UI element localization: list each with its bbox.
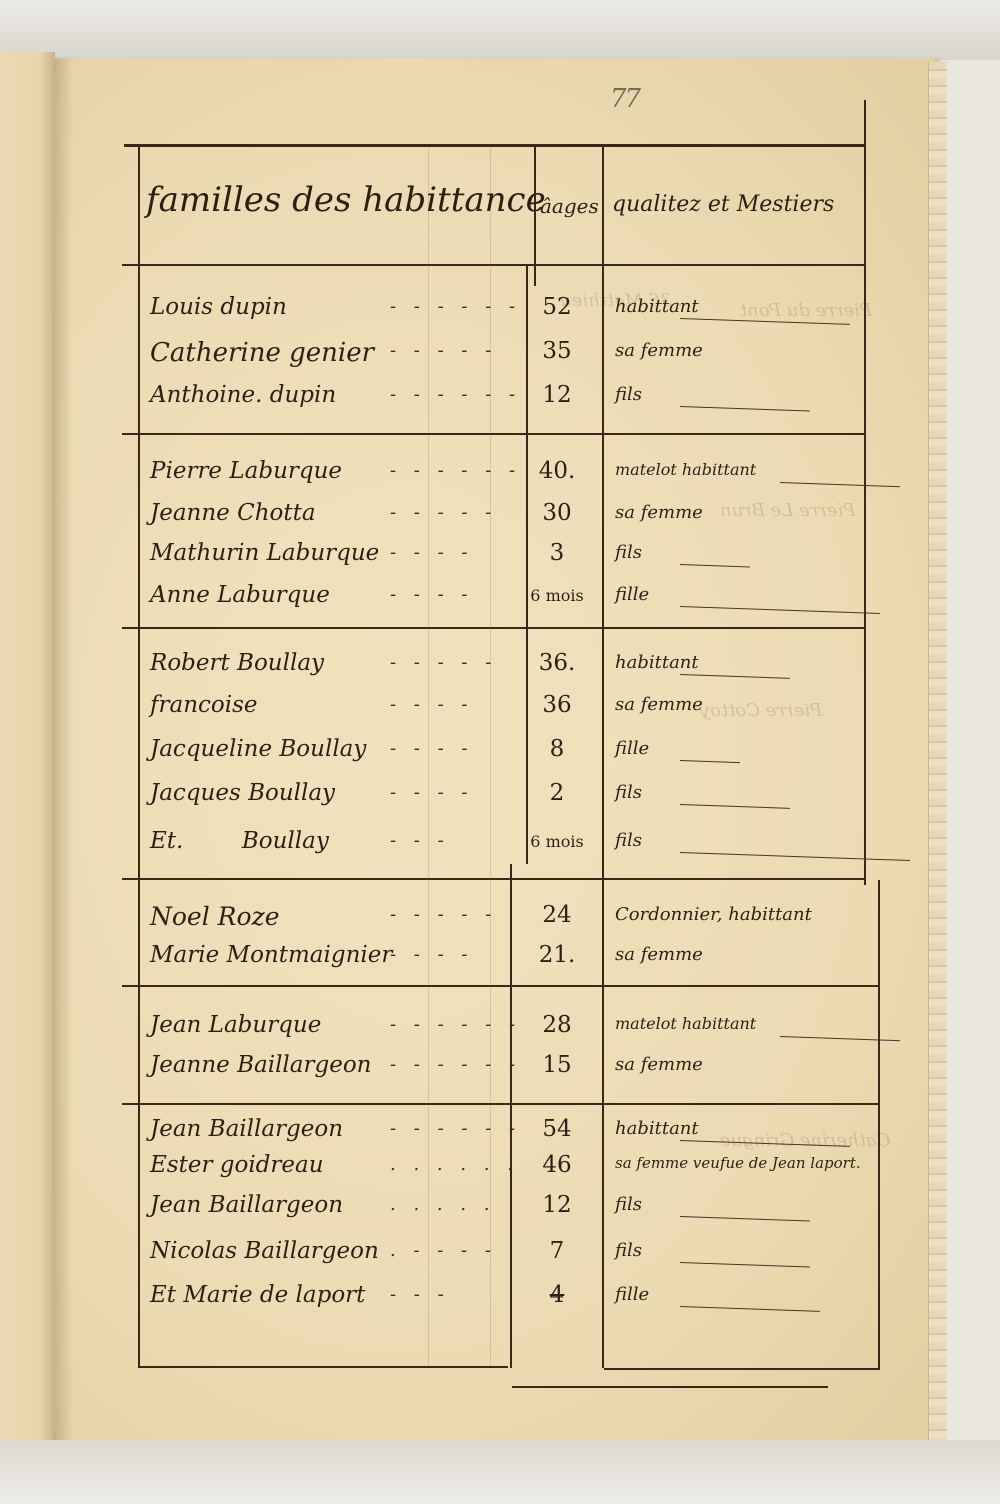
leader-dots: . - - - - [390, 1240, 497, 1261]
person-name: Pierre Laburque [150, 458, 342, 484]
person-name: Jacques Boullay [150, 780, 335, 806]
table-row: Et Marie de laport - - - 4 fille [140, 1280, 900, 1316]
person-age: 46 [512, 1152, 602, 1178]
table-bottom-rule [138, 1366, 508, 1368]
person-quality: sa femme [615, 1054, 703, 1075]
quality-underline [680, 406, 810, 412]
table-row: Robert Boullay - - - - - 36. habittant [140, 648, 900, 684]
person-age: 36. [512, 650, 602, 676]
person-quality: fils [615, 542, 642, 563]
person-age: 12 [512, 1192, 602, 1218]
person-age: 6 mois [512, 832, 602, 851]
family-divider-1 [122, 433, 866, 435]
leader-dots: - - - - [390, 944, 474, 965]
table-row: Marie Montmaignier - - - - 21. sa femme [140, 940, 900, 976]
person-quality: Cordonnier, habittant [615, 904, 812, 925]
table-row: Jean Laburque - - - - - - 28 matelot hab… [140, 1010, 900, 1046]
quality-underline [680, 674, 790, 679]
person-quality: fille [615, 584, 649, 605]
quality-underline [680, 606, 880, 614]
leader-dots: - - - - - [390, 502, 497, 523]
person-age: 8 [512, 736, 602, 762]
table-row: Ester goidreau . . . . . . 46 sa femme v… [140, 1150, 900, 1186]
quality-underline [680, 852, 910, 861]
person-age: 4 [512, 1282, 602, 1308]
table-bottom-rule-right [604, 1368, 880, 1370]
leader-dots: - - - - [390, 738, 474, 759]
leader-dots: - - - - [390, 782, 474, 803]
leader-dots: - - - - - - [390, 1054, 521, 1075]
quality-underline [680, 318, 850, 325]
table-row: Anthoine. dupin - - - - - - 12 fils [140, 380, 900, 416]
person-age: 6 mois [512, 586, 602, 605]
table-row: Louis dupin - - - - - - 52 habittant [140, 292, 900, 328]
person-age: 52 [512, 294, 602, 320]
person-name: Jeanne Chotta [150, 500, 316, 526]
person-age: 15 [512, 1052, 602, 1078]
table-row: Jacques Boullay - - - - 2 fils [140, 778, 900, 814]
person-name: francoise [150, 692, 258, 718]
person-name: Jeanne Baillargeon [150, 1052, 371, 1078]
quality-underline [780, 1036, 900, 1041]
leader-dots: - - - - - - [390, 460, 521, 481]
person-quality: fille [615, 1284, 649, 1305]
header-ages: âages [540, 194, 599, 218]
facing-page-edge [0, 52, 55, 1452]
person-name: Jean Laburque [150, 1012, 321, 1038]
person-age: 28 [512, 1012, 602, 1038]
table-top-rule [124, 144, 866, 147]
person-quality: fils [615, 1194, 642, 1215]
person-age: 30 [512, 500, 602, 526]
person-quality: matelot habittant [615, 1014, 756, 1033]
leader-dots: - - - - - [390, 652, 497, 673]
person-age: 36 [512, 692, 602, 718]
table-row: Jeanne Chotta - - - - - 30 sa femme [140, 498, 900, 534]
quality-underline [680, 564, 750, 567]
quality-underline [680, 1262, 810, 1268]
person-name: Robert Boullay [150, 650, 324, 676]
table-row: Catherine genier - - - - - 35 sa femme [140, 336, 900, 372]
leader-dots: - - - - - - [390, 1014, 521, 1035]
person-quality: sa femme [615, 340, 703, 361]
person-age: 35 [512, 338, 602, 364]
leader-dots: - - - - [390, 694, 474, 715]
person-age: 24 [512, 902, 602, 928]
person-quality: sa femme [615, 944, 703, 965]
quality-underline [680, 760, 740, 763]
person-name: Catherine genier [150, 338, 374, 368]
person-name: Anthoine. dupin [150, 382, 336, 408]
person-age: 3 [512, 540, 602, 566]
page-deckled-edge [928, 62, 947, 1442]
leader-dots: - - - - [390, 542, 474, 563]
quality-underline [680, 1140, 850, 1147]
person-name: Et Marie de laport [150, 1282, 365, 1308]
person-age: 7 [512, 1238, 602, 1264]
person-name: Ester goidreau [150, 1152, 324, 1178]
family-divider-2 [122, 627, 866, 629]
table-row: Anne Laburque - - - - 6 mois fille [140, 580, 900, 616]
scan-background-bottom [0, 1440, 1000, 1504]
person-name: Et. Boullay [150, 828, 329, 854]
person-quality: fils [615, 830, 642, 851]
quality-underline [780, 482, 900, 487]
person-quality: sa femme veufue de Jean laport. [615, 1154, 861, 1172]
person-age: 2 [512, 780, 602, 806]
leader-dots: - - - [390, 830, 450, 851]
table-row: Jacqueline Boullay - - - - 8 fille [140, 734, 900, 770]
table-row: Mathurin Laburque - - - - 3 fils [140, 538, 900, 574]
table-row: Nicolas Baillargeon . - - - - 7 fils [140, 1236, 900, 1272]
person-quality: habittant [615, 1118, 699, 1139]
quality-underline [680, 1216, 810, 1222]
person-quality: fille [615, 738, 649, 759]
person-age: 21. [512, 942, 602, 968]
leader-dots: - - - - - [390, 904, 497, 925]
person-quality: fils [615, 384, 642, 405]
folio-number: 77 [610, 84, 639, 114]
leader-dots: - - - - - - [390, 384, 521, 405]
person-quality: fils [615, 1240, 642, 1261]
person-name: Marie Montmaignier [150, 942, 392, 968]
quality-underline [680, 1306, 820, 1312]
table-row: Jean Baillargeon - - - - - - 54 habittan… [140, 1114, 900, 1150]
header-families: familles des habittance [146, 180, 546, 220]
person-quality: matelot habittant [615, 460, 756, 479]
person-name: Jean Baillargeon [150, 1116, 343, 1142]
header-bottom-rule [122, 264, 864, 266]
family-divider-5 [122, 1103, 878, 1105]
leader-dots: - - - - [390, 584, 474, 605]
table-bottom-arrow-line [512, 1386, 828, 1388]
header-qualities: qualitez et Mestiers [612, 192, 834, 217]
person-name: Jacqueline Boullay [150, 736, 366, 762]
table-row: francoise - - - - 36 sa femme [140, 690, 900, 726]
table-row: Pierre Laburque - - - - - - 40. matelot … [140, 456, 900, 492]
person-age: 54 [512, 1116, 602, 1142]
leader-dots: . . . . . . [390, 1154, 519, 1175]
person-name: Mathurin Laburque [150, 540, 379, 566]
person-name: Anne Laburque [150, 582, 330, 608]
leader-dots: - - - - - - [390, 296, 521, 317]
leader-dots: . . . . . [390, 1194, 496, 1215]
person-quality: habittant [615, 296, 699, 317]
person-quality: fils [615, 782, 642, 803]
person-age: 40. [512, 458, 602, 484]
person-quality: sa femme [615, 694, 703, 715]
leader-dots: - - - - - [390, 340, 497, 361]
family-divider-3 [122, 878, 866, 880]
scan-background-top [0, 0, 1000, 60]
table-row: Jean Baillargeon . . . . . 12 fils [140, 1190, 900, 1226]
person-quality: habittant [615, 652, 699, 673]
person-age: 12 [512, 382, 602, 408]
leader-dots: - - - [390, 1284, 450, 1305]
person-name: Nicolas Baillargeon [150, 1238, 379, 1264]
person-name: Jean Baillargeon [150, 1192, 343, 1218]
person-quality: sa femme [615, 502, 703, 523]
quality-underline [680, 804, 790, 809]
table-row: Et. Boullay - - - 6 mois fils [140, 826, 900, 862]
table-row: Noel Roze - - - - - 24 Cordonnier, habit… [140, 900, 900, 936]
leader-dots: - - - - - - [390, 1118, 521, 1139]
family-divider-4 [122, 985, 878, 987]
person-name: Noel Roze [150, 902, 280, 931]
table-row: Jeanne Baillargeon - - - - - - 15 sa fem… [140, 1050, 900, 1086]
person-name: Louis dupin [150, 294, 287, 320]
